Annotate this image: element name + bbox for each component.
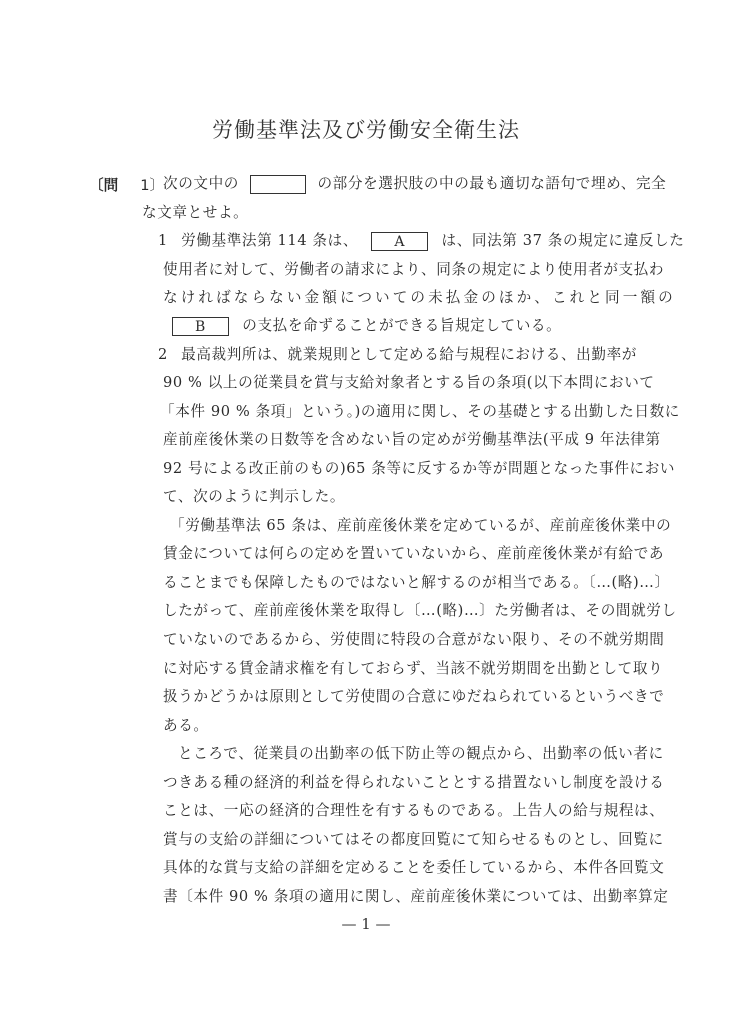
quote-line7: 扱うかどうかは原則として労使間の合意にゆだねられているというべきで [163, 687, 664, 707]
quote-line5: ていないのであるから、労使間に特段の合意がない限り、その不就労期間 [163, 630, 664, 650]
quote-line11: ことは、一応の経済的合理性を有するものである。上告人の給与規程は、 [163, 801, 664, 821]
quote-line2: 賃金については何らの定めを置いていないから、産前産後休業が有給であ [163, 544, 664, 564]
blank-box-b: B [172, 317, 229, 336]
item2-number: 2 [158, 346, 168, 363]
page-number: — 1 — [0, 915, 732, 933]
quote-line1: 「労働基準法 65 条は、産前産後休業を定めているが、産前産後休業中の [170, 516, 671, 536]
item1-line4-text: の支払を命ずることができる旨規定している。 [242, 317, 561, 334]
quote-line10: つきある種の経済的利益を得られないこととする措置ないし制度を設ける [163, 773, 664, 793]
item2-line5: 92 号による改正前のもの)65 条等に反するか等が問題となった事件におい [163, 459, 675, 479]
item1-number: 1 [158, 232, 168, 249]
question-instruction-line2: な文章とせよ。 [142, 203, 248, 223]
item1-text-post: は、同法第 37 条の規定に違反した [442, 232, 685, 249]
instruction-post: の部分を選択肢の中の最も適切な語句で埋め、完全 [317, 175, 666, 192]
item1-line4: B の支払を命ずることができる旨規定している。 [172, 316, 561, 336]
item2-line1-text: 最高裁判所は、就業規則として定める給与規程における、出勤率が [181, 346, 637, 363]
item2-line3: 「本件 90 % 条項」という。)の適用に関し、その基礎とする出勤した日数に [160, 402, 680, 422]
quote-line8: ある。 [163, 716, 209, 736]
blank-box-example [250, 175, 306, 194]
question-label: 〔問1〕 [89, 174, 164, 195]
item1-line3: なければならない金額についての未払金のほか、これと同一額の [163, 288, 676, 308]
item2-line4: 産前産後休業の日数等を含めない旨の定めが労働基準法(平成 9 年法律第 [163, 430, 661, 450]
quote-line3: ることまでも保障したものではないと解するのが相当である。〔…(略)…〕 [163, 573, 670, 593]
quote-line4: したがって、産前産後休業を取得し〔…(略)…〕た労働者は、その間就労し [163, 601, 677, 621]
document-title: 労働基準法及び労働安全衛生法 [0, 114, 732, 144]
document-page: 労働基準法及び労働安全衛生法 〔問1〕 次の文中の の部分を選択肢の中の最も適切… [0, 0, 732, 1024]
quote-line6: に対応する賃金請求権を有しておらず、当該不就労期間を出勤として取り [163, 659, 663, 679]
item2-line2: 90 % 以上の従業員を賞与支給対象者とする旨の条項(以下本問において [163, 373, 655, 393]
quote-line12: 賞与の支給の詳細についてはその都度回覧にて知らせるものとし、回覧に [163, 830, 664, 850]
blank-box-a: A [371, 232, 428, 251]
item2-line1: 2 最高裁判所は、就業規則として定める給与規程における、出勤率が [158, 345, 637, 365]
item1-line2: 使用者に対して、労働者の請求により、同条の規定により使用者が支払わ [163, 260, 664, 280]
quote-line13: 具体的な賞与支給の詳細を定めることを委任しているから、本件各回覧文 [163, 858, 664, 878]
quote-line14: 書〔本件 90 % 条項の適用に関し、産前産後休業については、出勤率算定 [163, 887, 668, 907]
item1-line1: 1 労働基準法第 114 条は、 A は、同法第 37 条の規定に違反した [158, 231, 685, 251]
item2-line6: て、次のように判示した。 [163, 487, 345, 507]
instruction-pre: 次の文中の [163, 175, 239, 192]
question-instruction-line1: 次の文中の の部分を選択肢の中の最も適切な語句で埋め、完全 [163, 174, 666, 194]
quote-line9: ところで、従業員の出勤率の低下防止等の観点から、出勤率の低い者に [178, 744, 664, 764]
question-bracket-label: 〔問 [89, 177, 118, 194]
question-number: 1〕 [140, 177, 164, 194]
item1-text-pre: 労働基準法第 114 条は、 [181, 232, 358, 249]
